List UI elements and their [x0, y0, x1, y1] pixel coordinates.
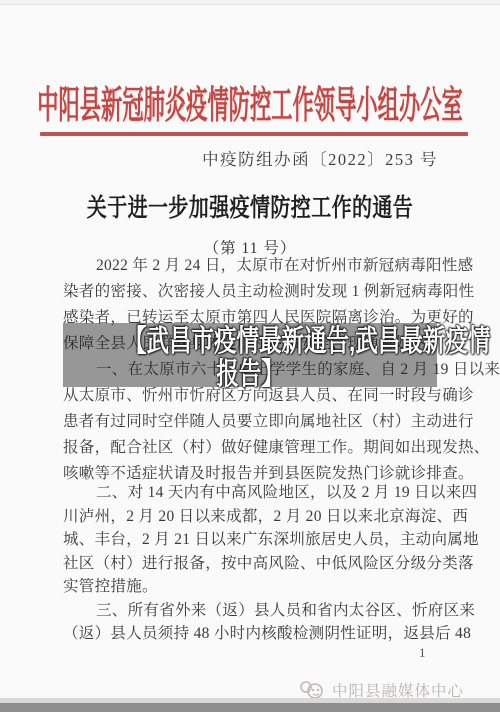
body-line: 社区（村）进行报备，按中高风险、中低风险区分级分类落 — [63, 552, 449, 576]
body-line: 2022 年 2 月 24 日，太原市在对忻州市新冠病毒阳性感 — [63, 253, 449, 279]
body-line: 川泸州，2 月 20 日以来成都，2 月 20 日以来北京海淀、西 — [63, 505, 449, 529]
caption-line-1: 【武昌市疫情最新通告,武昌最新疫情 — [124, 325, 490, 358]
page-number: 1 — [419, 645, 426, 661]
body-line: 报备，配合社区（村）做好健康管理工作。期间如出现发热、 — [63, 435, 449, 461]
body-line: 三、所有省外来（返）县人员和省内太谷区、忻府区来 — [63, 599, 449, 623]
header-red-rule — [40, 132, 468, 136]
photo-bottom-bar — [0, 703, 500, 712]
header: 中阳县新冠肺炎疫情防控工作领导小组办公室 — [0, 70, 500, 132]
body-line: 患者有过同时空伴随人员要立即向属地社区（村）主动进行 — [63, 409, 449, 435]
notice-title-wrap: 关于进一步加强疫情防控工作的通告 — [0, 188, 500, 224]
doc-number: 中疫防组办函〔2022〕253 号 — [202, 146, 438, 170]
body-text-lower: 二、对 14 天内有中高风险地区，以及 2 月 19 日以来四 川泸州，2 月 … — [63, 481, 449, 646]
org-title: 中阳县新冠肺炎疫情防控工作领导小组办公室 — [37, 74, 463, 129]
body-line: 城、丰台，2 月 21 日以来广东深圳旅居史人员，主动向属地 — [63, 528, 449, 552]
photo-top-edge — [0, 0, 500, 5]
caption-overlay-text: 【武昌市疫情最新通告,武昌最新疫情 报告】 — [63, 325, 437, 391]
body-line: 二、对 14 天内有中高风险地区，以及 2 月 19 日以来四 — [63, 481, 449, 505]
body-line: 实管控措施。 — [63, 575, 449, 599]
body-line: 染者的密接、次密接人员主动检测时发现 1 例新冠病毒阳性 — [63, 279, 449, 305]
media-center-doodle-icon — [298, 680, 326, 700]
caption-line-2: 报告】 — [216, 358, 284, 391]
notice-title: 关于进一步加强疫情防控工作的通告 — [87, 188, 413, 224]
body-line: （返）县人员须持 48 小时内核酸检测阴性证明，返县后 48 — [63, 622, 449, 646]
